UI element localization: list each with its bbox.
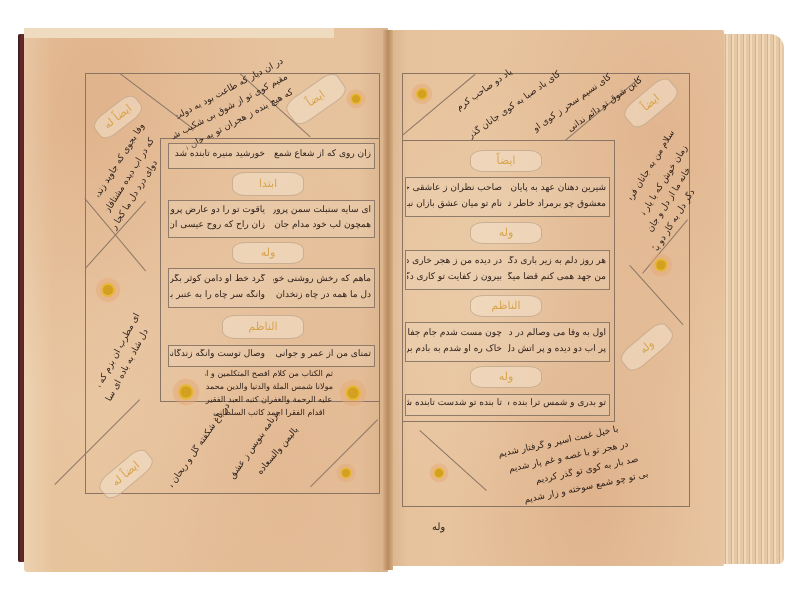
right-heading-3: الناظم bbox=[470, 295, 542, 317]
right-verse-1a: شیرین دهنان عهد به پایان نبرند bbox=[508, 183, 606, 194]
right-verse-7b: تا بنده تو شدست تابنده شدست bbox=[407, 398, 502, 409]
right-verse-2b: نام تو میان عشق بازان نبرند bbox=[407, 199, 502, 210]
floral-ornament-icon bbox=[95, 275, 121, 305]
left-verse-5b: وانگه سر چاه را به عنبر بگرفت bbox=[170, 290, 265, 301]
floral-ornament-icon bbox=[410, 82, 434, 106]
gold-rosette-icon bbox=[172, 375, 200, 409]
left-verse-2a: ای سایه سنبلت سمن پرورده bbox=[273, 205, 371, 216]
left-verse-2b: یاقوت تو را دو عارض پرورده bbox=[170, 205, 265, 216]
left-verse-1a: زان روی که از شعاع شمع رخ تو bbox=[273, 149, 371, 160]
floral-ornament-icon bbox=[345, 88, 367, 110]
left-page-top-edge bbox=[24, 28, 334, 38]
left-verse-3a: همچون لب خود مدام جان می پرور bbox=[273, 220, 371, 231]
right-heading-1: ایضاً bbox=[470, 150, 542, 172]
left-heading-2: وله bbox=[232, 242, 304, 264]
right-verse-2a: معشوق چو برمراد خاطر تو بود bbox=[508, 199, 606, 210]
floral-ornament-icon bbox=[650, 250, 672, 280]
right-heading-4: وله bbox=[470, 366, 542, 388]
page-stack-edges bbox=[722, 34, 784, 564]
left-verse-5a: دل ما همه در چاه زنخدان انداخت bbox=[273, 290, 371, 301]
right-verse-6a: پر آب دو دیده و پر آتش دل bbox=[508, 344, 606, 355]
right-verse-4a: من جهد همی کنم قضا میگوید bbox=[508, 272, 606, 283]
right-verse-7a: تو بدری و شمس ترا بنده شدست bbox=[508, 398, 606, 409]
right-verse-6b: خاک ره او شدم به بادم بر داد bbox=[407, 344, 502, 355]
left-verse-4a: ماهم که رخش روشنی خور بگرفت bbox=[273, 274, 371, 285]
book-gutter bbox=[383, 30, 393, 570]
gold-rosette-icon bbox=[338, 377, 368, 409]
right-verse-3b: در دیده من ز هجر خاری دگرست bbox=[407, 256, 502, 267]
floral-ornament-icon bbox=[428, 462, 450, 484]
left-verse-6b: وصال توست وانگه زندگانی bbox=[170, 349, 265, 360]
catchword: وله bbox=[432, 522, 445, 533]
colophon-line-1: تم الکتاب من کلام افصح المتکلمین و املح … bbox=[205, 367, 333, 380]
right-verse-1b: صاحب نظران ز عاشقی جان نبرند bbox=[407, 183, 502, 194]
left-heading-3: الناظم bbox=[222, 315, 304, 339]
right-verse-3a: هر روز دلم به زیر باری دگرست bbox=[508, 256, 606, 267]
right-verse-5b: چون مست شدم جام جفا بر سر داد bbox=[407, 328, 502, 339]
left-verse-3b: زان راح که روح عیسی آن پرورده bbox=[170, 220, 265, 231]
right-verse-5a: اول به وفا می وصالم در داد bbox=[508, 328, 606, 339]
left-verse-1b: خورشید منیره تابنده شد bbox=[170, 149, 265, 160]
left-heading-1: ابتدا bbox=[232, 172, 304, 196]
left-verse-6a: تمنای من از عمر و جوانی bbox=[273, 349, 371, 360]
left-verse-4b: گرد خط او دامن کوثر بگرفت bbox=[170, 274, 265, 285]
colophon-line-2: مولانا شمس الملة والدنیا والدین محمد حاف… bbox=[205, 380, 333, 393]
floral-ornament-icon bbox=[335, 462, 357, 484]
right-verse-4b: بیرون ز کفایت تو کاری دگرست bbox=[407, 272, 502, 283]
right-heading-2: وله bbox=[470, 222, 542, 244]
